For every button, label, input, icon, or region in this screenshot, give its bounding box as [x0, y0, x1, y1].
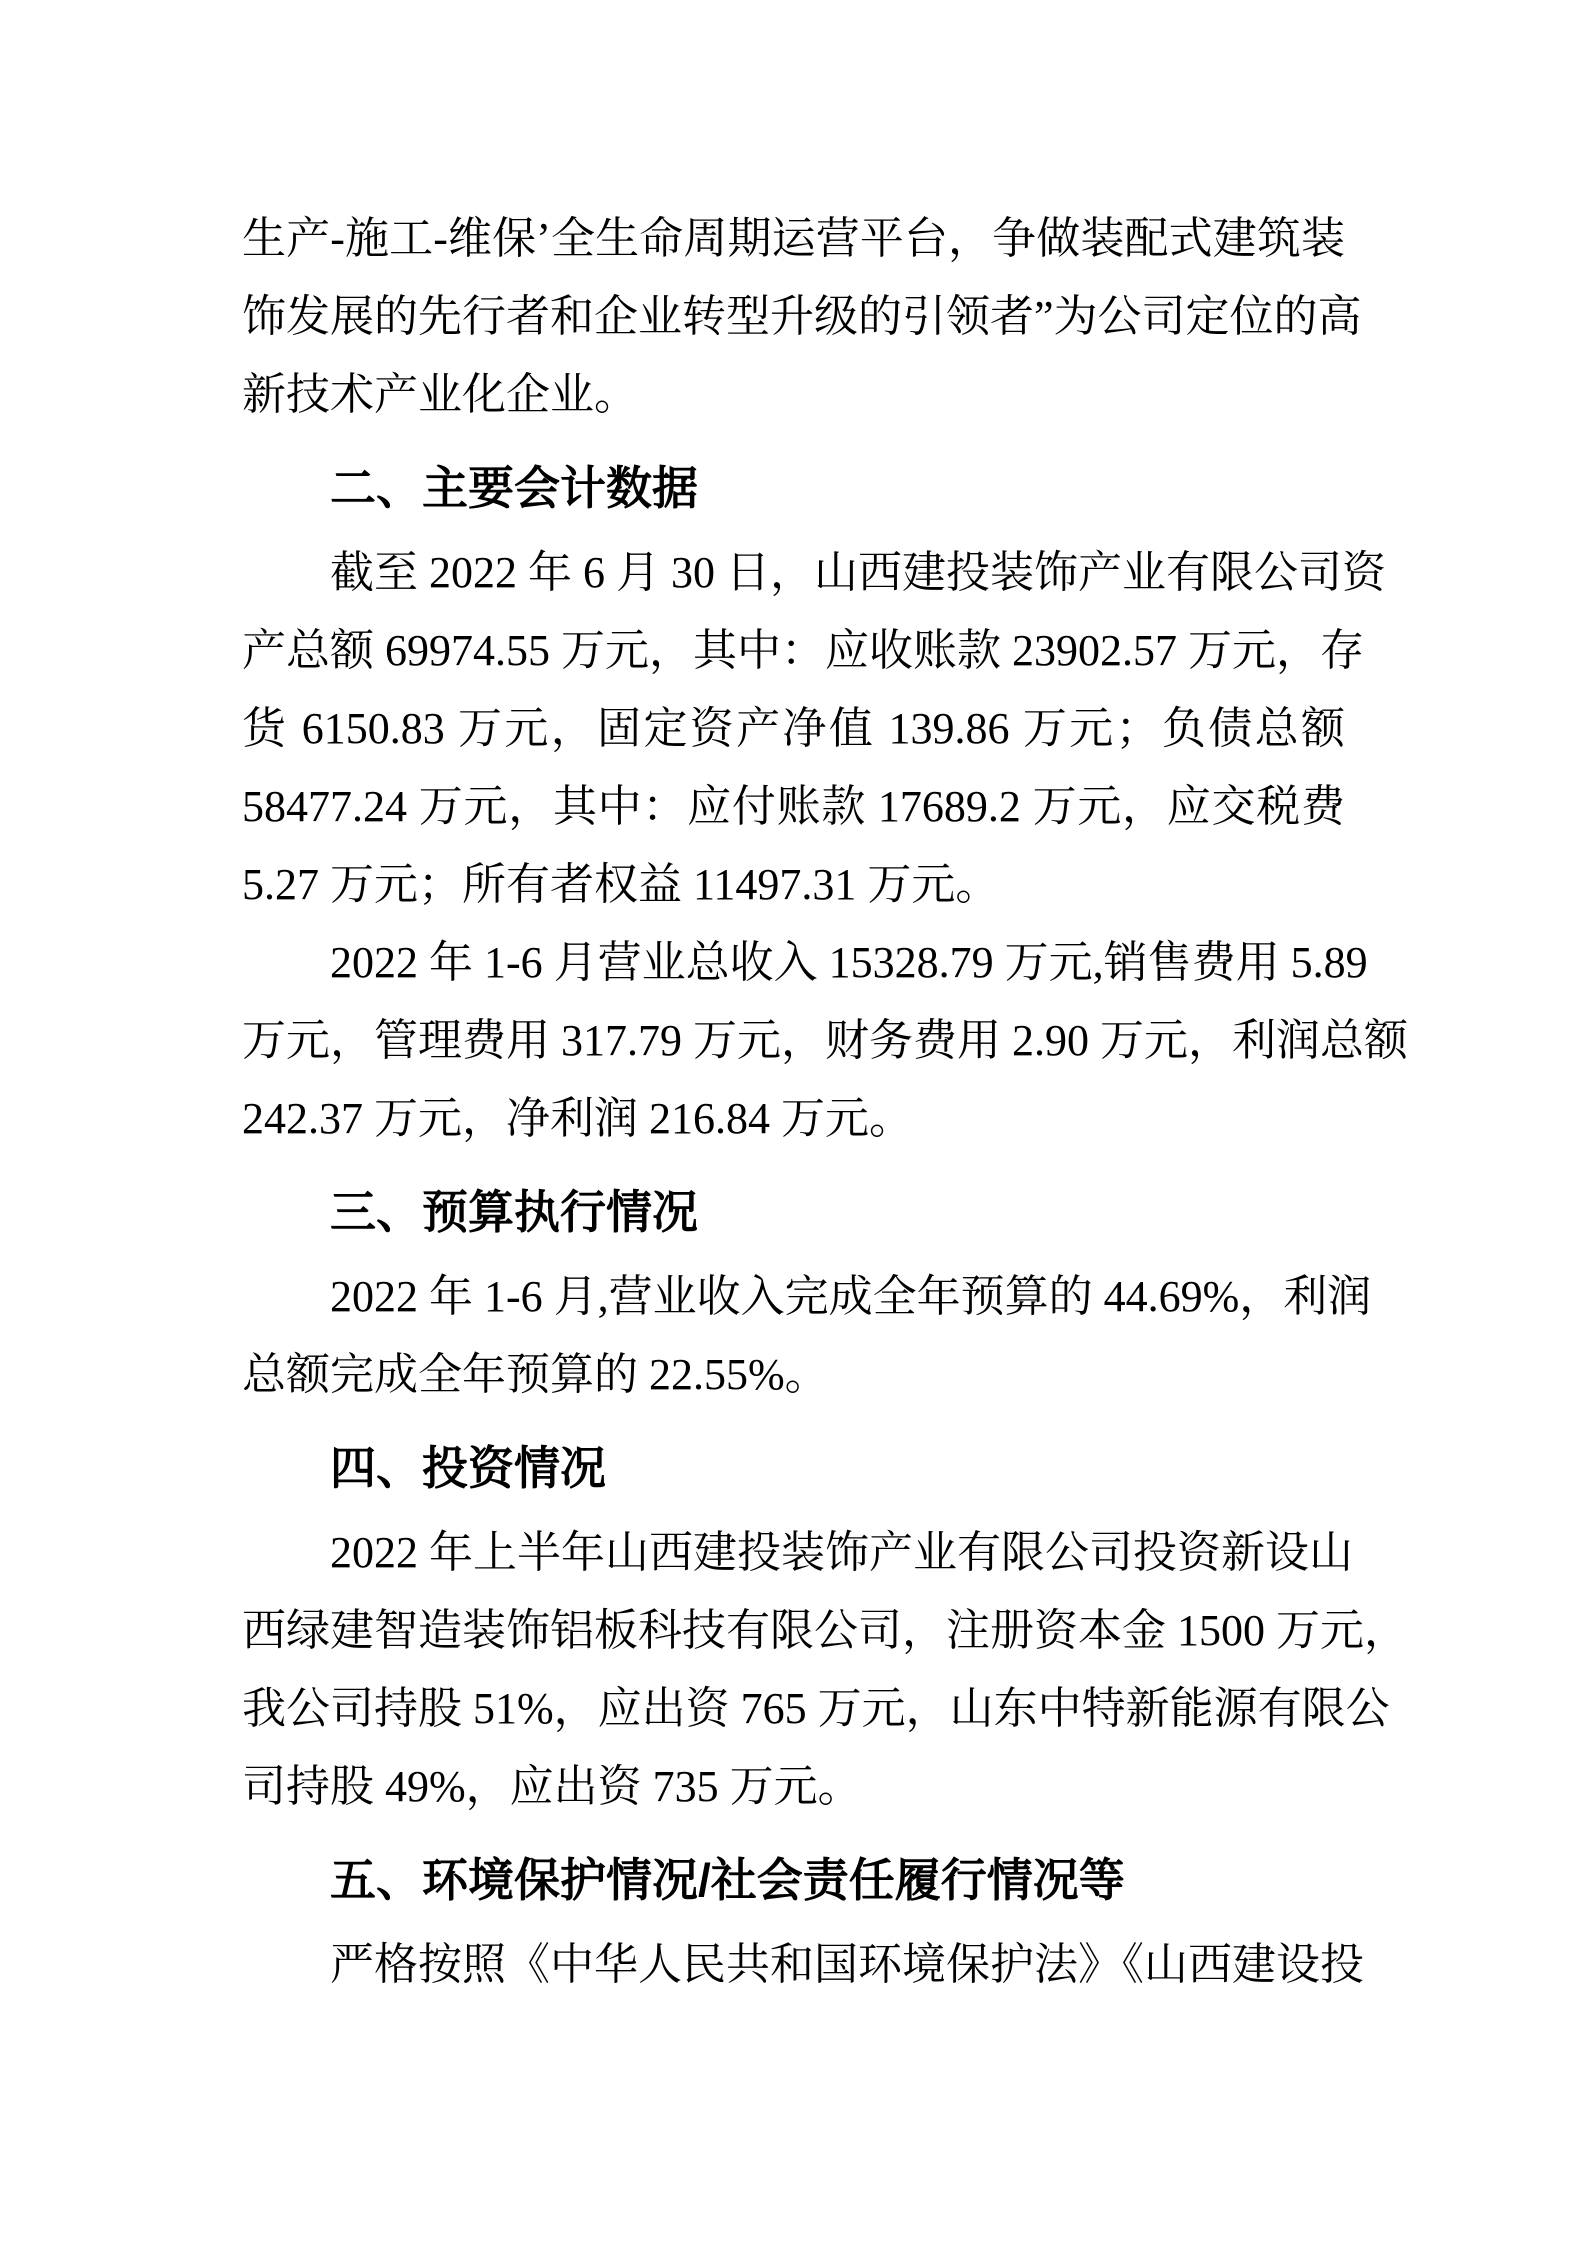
- body-line: 2022 年 1-6 月营业总收入 15328.79 万元,销售费用 5.89: [242, 924, 1345, 1002]
- body-line: 万元，管理费用 317.79 万元，财务费用 2.90 万元，利润总额: [242, 1002, 1345, 1080]
- heading-environment-social: 五、环境保护情况/社会责任履行情况等: [242, 1841, 1345, 1919]
- body-line: 我公司持股 51%，应出资 765 万元，山东中特新能源有限公: [242, 1670, 1345, 1748]
- body-line: 58477.24 万元，其中：应付账款 17689.2 万元，应交税费: [242, 768, 1345, 846]
- body-line: 2022 年上半年山西建投装饰产业有限公司投资新设山: [242, 1514, 1345, 1592]
- body-line: 2022 年 1-6 月,营业收入完成全年预算的 44.69%，利润: [242, 1258, 1345, 1336]
- heading-budget-execution: 三、预算执行情况: [242, 1173, 1345, 1251]
- body-line: 严格按照《中华人民共和国环境保护法》《山西建设投: [242, 1926, 1345, 2004]
- heading-investment: 四、投资情况: [242, 1429, 1345, 1507]
- body-line: 截至 2022 年 6 月 30 日，山西建投装饰产业有限公司资: [242, 534, 1345, 612]
- body-line: 总额完成全年预算的 22.55%。: [242, 1336, 1345, 1414]
- body-line: 货 6150.83 万元，固定资产净值 139.86 万元；负债总额: [242, 690, 1345, 768]
- heading-accounting-data: 二、主要会计数据: [242, 449, 1345, 527]
- body-line: 生产-施工-维保’全生命周期运营平台，争做装配式建筑装: [242, 200, 1345, 278]
- body-line: 西绿建智造装饰铝板科技有限公司，注册资本金 1500 万元，: [242, 1592, 1345, 1670]
- body-line: 产总额 69974.55 万元，其中：应收账款 23902.57 万元，存: [242, 612, 1345, 690]
- body-line: 新技术产业化企业。: [242, 356, 1345, 434]
- body-line: 司持股 49%，应出资 735 万元。: [242, 1748, 1345, 1826]
- body-line: 242.37 万元，净利润 216.84 万元。: [242, 1080, 1345, 1158]
- document-page: 生产-施工-维保’全生命周期运营平台，争做装配式建筑装 饰发展的先行者和企业转型…: [0, 0, 1587, 2245]
- body-line: 饰发展的先行者和企业转型升级的引领者”为公司定位的高: [242, 278, 1345, 356]
- body-line: 5.27 万元；所有者权益 11497.31 万元。: [242, 846, 1345, 924]
